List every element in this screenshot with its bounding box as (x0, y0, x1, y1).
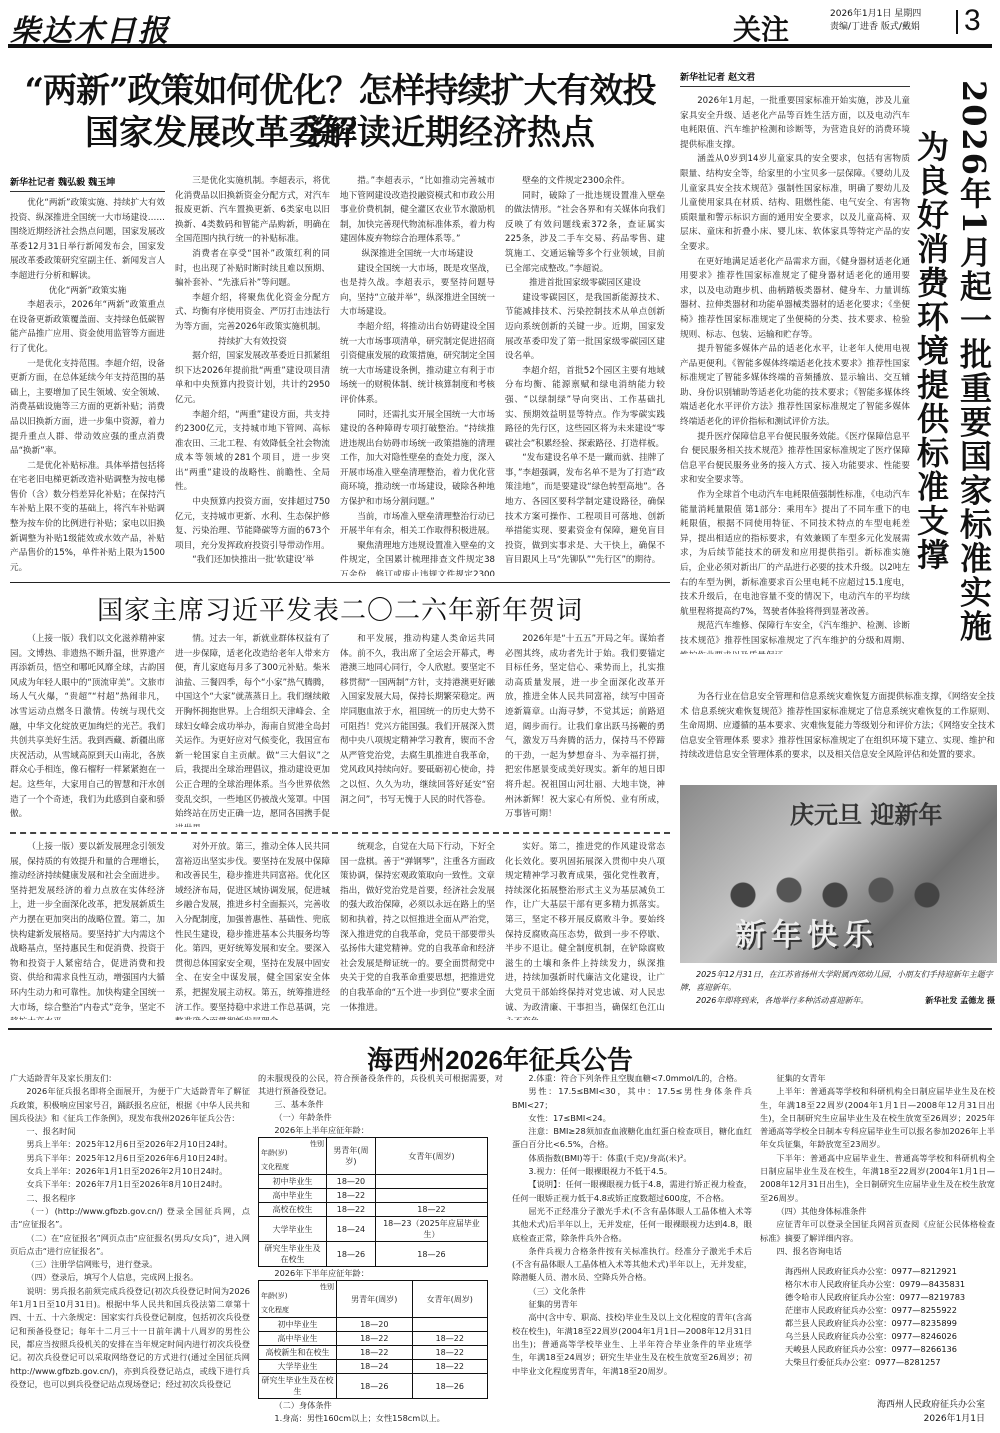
paragraph: 1.身高：男性160cm以上；女性158cm以上。 (258, 1412, 503, 1425)
paragraph: 注意：BMI≥28须加查血液糖化血红蛋白检查项目，糖化血红蛋白百分比<6.5%，… (512, 1125, 752, 1152)
paragraph: 女兵上半年：2026年1月1日至2026年2月10日24时。 (10, 1165, 250, 1178)
header-rule (8, 44, 992, 48)
dashed-divider (10, 832, 670, 834)
paragraph: 3.视力：任何一眼裸眼视力不低于4.5。 (512, 1165, 752, 1178)
paragraph: 据介绍，国家发展改革委近日抓紧组织下达2026年提前批“两重”建设项目清单和中央… (175, 349, 330, 407)
paragraph: 中央预算内投资方面，安排超过750亿元，支持城市更新、水利、生态保护修复、污染治… (175, 495, 330, 553)
paragraph: “我们还加快推出一批‘软建设’举 (175, 553, 330, 568)
contact-phone: 0977—8255922 (891, 1305, 957, 1315)
paragraph: 消费者在享受“国补”政策红利的同时，也出现了补贴时断时续且难以预期、骗补套补、“… (175, 247, 330, 291)
contact-org: 德令哈市人民政府征兵办公室 (785, 1292, 891, 1302)
issue-date: 2026年1月1日 星期四 (830, 8, 940, 21)
paragraph: 男性：17.5≤BMI<30，其中：17.5≤男性身体条件兵BMI<27； (512, 1085, 752, 1112)
table-row: 研究生毕业生及在校生18—2618—26 (259, 1374, 488, 1399)
cell: 大学毕业生 (259, 1217, 327, 1242)
paragraph: 女兵下半年：2026年7月1日至2026年8月10日24时。 (10, 1178, 250, 1191)
subheading: 一、报名时间 (10, 1125, 250, 1138)
paragraph: （上接一版）我们以文化滋养精神家园。文博热、非遗热不断升温，世界遗产再添新员，悟… (10, 632, 165, 822)
contact-org: 都兰县人民政府征兵办公室 (785, 1318, 883, 1328)
table-row: 初中毕业生18—20 (259, 1318, 488, 1332)
contact-org: 大柴旦行委征兵办公室 (785, 1357, 867, 1367)
column-header: 女青年(周岁) (412, 1281, 488, 1318)
contact-item: 德令哈市人民政府征兵办公室：0977—8219783 (785, 1291, 995, 1304)
cell: 初中毕业生 (259, 1318, 337, 1332)
article1-byline-wrap: 新华社记者 魏弘毅 魏玉坤 (10, 175, 165, 192)
cell (375, 1175, 487, 1189)
editors: 责编/丁进香 版式/戴娟 (830, 21, 940, 34)
subheading: （四）其他身体标准条件 (760, 1205, 995, 1218)
paragraph: （上接一版）要以新发展理念引领发展，保持质的有效提升和量的合理增长，推动经济持续… (10, 840, 165, 1020)
subheading: 征集的男青年 (512, 1298, 752, 1311)
subheading: 持续扩大有效投资 (175, 335, 330, 350)
paragraph: 措。”李超表示，“比如推动完善城市地下管网建设改造投融资模式和市政公用事业价费机… (340, 174, 495, 247)
contact-phone: 0977—8281257 (875, 1357, 941, 1367)
corner-label: 性别 (320, 1282, 334, 1293)
article2-subheadline: 为良好消费环境提供标准支撑 (912, 130, 950, 650)
caption-line: 2025年12月31日，在江苏省扬州大学附属西郊幼儿园，小朋友们手持迎新年主题字… (680, 968, 995, 994)
table-row: 初中毕业生18—20 (259, 1175, 488, 1189)
paragraph: 当前，市场准入壁垒清理整治行动已开展半年有余，相关工作取得积极进展。 (340, 510, 495, 539)
paragraph: 【说明】：任何一眼裸眼视力低于4.8，需进行矫正视力检查，任何一眼矫正视力低于4… (512, 1178, 752, 1205)
paragraph: 为各行业在信息安全管理和信息系统灾难恢复方面提供标准支撑，《网络安全技术 信息系… (680, 690, 995, 763)
paragraph: 壁垒的文件规定2300余件。 (505, 174, 665, 189)
paragraph: 女性：17≤BMI<24。 (512, 1112, 752, 1125)
cell: 18—22 (337, 1332, 413, 1346)
paragraph: 屈光不正经准分子激光手术(不含有晶体眼人工晶体植入术等其他术式)后半年以上，无并… (512, 1205, 752, 1245)
subheading: （一）年龄条件 (258, 1111, 503, 1124)
corner-label: 年龄(岁) (261, 1148, 287, 1159)
article1-col3: 措。”李超表示，“比如推动完善城市地下管网建设改造投融资模式和市政公用事业价费机… (340, 174, 495, 576)
paragraph: 聚焦清理地方违规设置准入壁垒的文件规定，全国累计梳理排查文件规定38万余份，修订… (340, 539, 495, 576)
column-header: 女青年(周岁) (375, 1138, 487, 1175)
cell: 高校新生和在校生 (259, 1346, 337, 1360)
contact-item: 都兰县人民政府征兵办公室：0977—8235899 (785, 1317, 995, 1330)
paragraph: （二）在“应征报名”网页点击“应征报名(男兵/女兵)”，进入网页后点击“进行应征… (10, 1232, 250, 1259)
article3-upper-col2: 情。过去一年，新就业群体权益有了进一步保障，适老化改造给老年人带来方便，育儿家庭… (175, 632, 330, 827)
paragraph: 提升智能多媒体产品的适老化水平，让老年人使用电视产品更便利。《智能多媒体终端适老… (680, 342, 910, 430)
table-row: 大学毕业生18—2418—23（2025年应届毕业生） (259, 1217, 488, 1242)
contact-phone: 0977—8266136 (891, 1344, 957, 1354)
paragraph: 2026年征兵报名即将全面展开，为便于广大适龄青年了解征兵政策，积极响应国家号召… (10, 1085, 250, 1125)
subheading: 三、基本条件 (258, 1098, 503, 1111)
subheading: 征集的女青年 (760, 1072, 995, 1085)
cell: 18—22 (327, 1203, 376, 1217)
table-title: 2026年下半年应征年龄： (258, 1267, 503, 1280)
paragraph: 的未服现役的公民，符合预备役条件的，兵役机关可根据需要，对其进行预备役登记。 (258, 1072, 503, 1098)
article4-col3: 2.体重：符合下列条件且空腹血糖<7.0mmol/L的，合格。 男性：17.5≤… (512, 1072, 752, 1427)
photo-caption: 2025年12月31日，在江苏省扬州大学附属西郊幼儿园，小朋友们手持迎新年主题字… (680, 968, 995, 1007)
paragraph: 说明：男兵报名前须完成兵役登记(初次兵役登记时间为2026年1月1日至10月31… (10, 1285, 250, 1391)
contact-item: 茫崖市人民政府征兵办公室：0977—8255922 (785, 1304, 995, 1317)
cell: 18—26 (327, 1242, 376, 1267)
cell: 18—22 (337, 1346, 413, 1360)
paragraph: 2026年是“十五五”开局之年。谋始者必图其终，成功者先计于始。我们要锚定目标任… (505, 632, 665, 822)
notice-signoff: 海西州人民政府征兵办公室 2026年1月1日 (820, 1398, 985, 1426)
contact-item: 大柴旦行委征兵办公室：0977—8281257 (785, 1356, 995, 1369)
paragraph: 对外开放。第三，推动全体人民共同富裕迈出坚实步伐。要坚持在发展中保障和改善民生，… (175, 840, 330, 1020)
cell: 18—23（2025年应届毕业生） (375, 1217, 487, 1242)
corner-label: 文化程度 (261, 1162, 289, 1173)
paragraph: （一）(http://www.gfbzb.gov.cn/) 登录全国征兵网，点击… (10, 1205, 250, 1232)
article1-col1: 优化“两新”政策实施、持续扩大有效投资、纵深推进全国统一大市场建设……围绕近期经… (10, 196, 165, 576)
paragraph: 规范汽车维修、保障行车安全，《汽车维护、检测、诊断技术规范》推荐性国家标准规定了… (680, 619, 910, 654)
paragraph: 三是优化实施机制。李超表示，将优化消费品以旧换新资金分配方式，对汽车报废更新、汽… (175, 174, 330, 247)
photo-credit: 新华社发 孟德龙 摄 (925, 994, 995, 1007)
paragraph: 同时，破除了一批违规设置准入壁垒的做法情形。“社会各界和有关媒体向我们反映了有效… (505, 189, 665, 277)
paragraph: 李超表示，2026年“两新”政策重点在设备更新政策覆盖面、支持绿色低碳智能产品推… (10, 298, 165, 356)
article4-col2: 的未服现役的公民，符合预备役条件的，兵役机关可根据需要，对其进行预备役登记。 三… (258, 1072, 503, 1432)
cell: 18—26 (375, 1242, 487, 1267)
article3-lower-col2: 对外开放。第三，推动全体人民共同富裕迈出坚实步伐。要坚持在发展中保障和改善民生，… (175, 840, 330, 1020)
paragraph: 应征青年可以登录全国征兵网首页查阅《应征公民体格检查标准》摘要了解详细内容。 (760, 1218, 995, 1245)
contact-phone: 0977—8235899 (891, 1318, 957, 1328)
paragraph: 和平发展，推动构建人类命运共同体。前不久，我出席了全运会开幕式，粤港澳三地同心同… (340, 632, 495, 807)
contact-item: 乌兰县人民政府征兵办公室：0977—8246026 (785, 1330, 995, 1343)
paragraph: 统观念，自觉在大局下行动，下好全国一盘棋。善于“弹钢琴”，注重各方面政策协调，保… (340, 840, 495, 1015)
cell: 18—24 (327, 1217, 376, 1242)
article3-lower-col3: 统观念，自觉在大局下行动，下好全国一盘棋。善于“弹钢琴”，注重各方面政策协调，保… (340, 840, 495, 1020)
cell: 18—20 (327, 1175, 376, 1189)
column-header: 男青年(周岁) (337, 1281, 413, 1318)
article3-lower-col4: 实好。第二，推进党的作风建设常态化长效化。要巩固拓展深入贯彻中央八项规定精神学习… (505, 840, 665, 1020)
contact-item: 天峻县人民政府征兵办公室：0977—8266136 (785, 1343, 995, 1356)
cell: 18—26 (337, 1374, 413, 1399)
subheading: （三）文化条件 (512, 1285, 752, 1298)
section-divider (8, 1028, 992, 1030)
table-corner: 性别 年龄(岁) 文化程度 (259, 1281, 336, 1317)
salutation: 广大适龄青年及家长朋友们： (10, 1072, 250, 1085)
paragraph: 涵盖从0岁到14岁儿童家具的安全要求，包括有害物质限量、结构安全等，给家里的小宝… (680, 152, 910, 254)
issue-meta: 2026年1月1日 星期四 责编/丁进香 版式/戴娟 (830, 8, 940, 34)
table-corner: 性别 年龄(岁) 文化程度 (259, 1138, 326, 1174)
cell: 18—22 (412, 1360, 488, 1374)
contact-phone: 0979—8435831 (900, 1279, 966, 1289)
paragraph: 一是优化支持范围。李超介绍，设备更新方面，在总体延续今年支持范围的基础上，主要增… (10, 357, 165, 459)
paragraph: 李超介绍，“两重”建设方面，共支持约2300亿元，支持城市地下管网、高标准农田、… (175, 408, 330, 496)
article1-col4: 壁垒的文件规定2300余件。 同时，破除了一批违规设置准入壁垒的做法情形。“社会… (505, 174, 665, 576)
paragraph: （四）登录后，填写个人信息，完成网上报名。 (10, 1271, 250, 1284)
article1-subheadline: 国家发展改革委解读近期经济热点 (10, 112, 670, 154)
subheading: （二）身体条件 (258, 1399, 503, 1412)
cell: 高中毕业生 (259, 1189, 327, 1203)
table-row: 高校在校生18—2218—22 (259, 1203, 488, 1217)
paragraph: 男兵上半年：2025年12月6日至2026年2月10日24时。 (10, 1138, 250, 1151)
article1-col2: 三是优化实施机制。李超表示，将优化消费品以旧换新资金分配方式，对汽车报废更新、汽… (175, 174, 330, 576)
cell: 初中毕业生 (259, 1175, 327, 1189)
caption-line: 2026年即将到来，各地举行多种活动喜迎新年。 (680, 994, 868, 1007)
cell: 18—24 (337, 1360, 413, 1374)
cell: 研究生毕业生及在校生 (259, 1242, 327, 1267)
section-title: 关注 (733, 8, 789, 48)
paragraph: （三）注册学信网账号，进行登录。 (10, 1258, 250, 1271)
cell: 18—22 (327, 1189, 376, 1203)
contact-org: 格尔木市人民政府征兵办公室 (785, 1279, 891, 1289)
signature: 海西州人民政府征兵办公室 (820, 1398, 985, 1412)
subheading: 四、报名咨询电话 (760, 1245, 995, 1258)
subheading: 二、报名程序 (10, 1192, 250, 1205)
cell: 18—26 (412, 1374, 488, 1399)
article2-body-bottom: 为各行业在信息安全管理和信息系统灾难恢复方面提供标准支撑，《网络安全技术 信息系… (680, 690, 995, 780)
paragraph: 李超介绍，将推动出台妨碍建设全国统一大市场事项清单，研究制定促进招商引资健康发展… (340, 320, 495, 408)
article2-headline: 2026年1月起一批重要国家标准实施 (955, 80, 993, 680)
table-title: 2026年上半年应征年龄： (258, 1124, 503, 1137)
paragraph: 2.体重：符合下列条件且空腹血糖<7.0mmol/L的，合格。 (512, 1072, 752, 1085)
contact-org: 海西州人民政府征兵办公室 (785, 1266, 883, 1276)
table-row: 研究生毕业生及在校生18—2618—26 (259, 1242, 488, 1267)
news-photo: 庆元旦 迎新年 新年快乐 (680, 785, 997, 963)
article4-col1: 广大适龄青年及家长朋友们： 2026年征兵报名即将全面展开，为便于广大适龄青年了… (10, 1072, 250, 1427)
table-row: 大学毕业生18—2418—22 (259, 1360, 488, 1374)
corner-label: 文化程度 (261, 1305, 289, 1316)
cell: 大学毕业生 (259, 1360, 337, 1374)
contact-item: 海西州人民政府征兵办公室：0977—8212921 (785, 1265, 995, 1278)
photo-banner-text: 新年快乐 (735, 910, 879, 954)
cell: 18—22 (412, 1346, 488, 1360)
article3-headline: 国家主席习近平发表二〇二六年新年贺词 (10, 590, 670, 627)
age-table-first-half: 性别 年龄(岁) 文化程度 男青年(周岁) 女青年(周岁) 初中毕业生18—20… (258, 1137, 488, 1267)
article3-upper-col3: 和平发展，推动构建人类命运共同体。前不久，我出席了全运会开幕式，粤港澳三地同心同… (340, 632, 495, 827)
contact-item: 格尔木市人民政府征兵办公室：0979—8435831 (785, 1278, 995, 1291)
photo-sign-text: 庆元旦 迎新年 (790, 795, 942, 830)
paragraph: 条件兵视力合格条件按有关标准执行。经准分子激光手术后(不含有晶体眼人工晶体植入术… (512, 1245, 752, 1285)
corner-label: 年龄(岁) (261, 1291, 287, 1302)
contact-org: 天峻县人民政府征兵办公室 (785, 1344, 883, 1354)
paragraph: 李超介绍，首批52个园区主要有地域分布均衡、能源禀赋和绿电消纳能力较强、“以绿制… (505, 364, 665, 452)
paragraph: 同时，还需扎实开展全国统一大市场建设的各种障碍专项打破整治。“持续推进违规出台妨… (340, 408, 495, 510)
paragraph: 男兵下半年：2025年12月6日至2026年6月10日24时。 (10, 1152, 250, 1165)
contact-phone: 0977—8219783 (900, 1292, 966, 1302)
cell: 18—20 (337, 1318, 413, 1332)
paragraph: 提升医疗保障信息平台便民服务效能。《医疗保障信息平台 便民服务相关技术规范》推荐… (680, 430, 910, 488)
paragraph: 李超介绍，将聚焦优化资金分配方式、均衡有序使用资金、严厉打击违法行为等方面，完善… (175, 291, 330, 335)
article3-upper-col1: （上接一版）我们以文化滋养精神家园。文博热、非遗热不断升温，世界遗产再添新员，悟… (10, 632, 165, 827)
page-number-divider (956, 10, 958, 34)
paragraph: 优化“两新”政策实施、持续扩大有效投资、纵深推进全国统一大市场建设……围绕近期经… (10, 196, 165, 284)
contact-org: 乌兰县人民政府征兵办公室 (785, 1331, 883, 1341)
paragraph: 体质指数(BMI)等于：体重(千克)/身高(米)²。 (512, 1152, 752, 1165)
paragraph: 高中(含中专、职高、技校)毕业生及以上文化程度的青年(含高校在校生)，年满18至… (512, 1311, 752, 1377)
contact-phone: 0977—8246026 (891, 1331, 957, 1341)
paragraph: 上半年：普通高等学校和科研机构全日制应届毕业生及在校生，年满18至22周岁(20… (760, 1085, 995, 1151)
article2-body-top: 2026年1月起，一批重要国家标准开始实施，涉及儿童家具安全升级、适老化产品等百… (680, 94, 910, 654)
sign-date: 2026年1月1日 (820, 1412, 985, 1426)
cell: 研究生毕业生及在校生 (259, 1374, 337, 1399)
contact-org: 茫崖市人民政府征兵办公室 (785, 1305, 883, 1315)
cell (375, 1189, 487, 1203)
article4-col4: 征集的女青年 上半年：普通高等学校和科研机构全日制应届毕业生及在校生，年满18至… (760, 1072, 995, 1262)
article3-upper-col4: 2026年是“十五五”开局之年。谋始者必图其终，成功者先计于始。我们要锚定目标任… (505, 632, 665, 827)
article3-lower-col1: （上接一版）要以新发展理念引领发展，保持质的有效提升和量的合理增长，推动经济持续… (10, 840, 165, 1020)
page-number: 3 (964, 4, 981, 38)
cell: 高校在校生 (259, 1203, 327, 1217)
cell: 18—22 (412, 1332, 488, 1346)
contact-phone: 0977—8212921 (891, 1266, 957, 1276)
cell: 高中毕业生 (259, 1332, 337, 1346)
paragraph: 建设零碳园区，是我国新能源技术、节能减排技术、污染控制技术从单点创新迈向系统创新… (505, 291, 665, 364)
cell: 18—22 (375, 1203, 487, 1217)
paragraph: 实好。第二，推进党的作风建设常态化长效化。要巩固拓展深入贯彻中央八项规定精神学习… (505, 840, 665, 1020)
paragraph: “发布建设名单不是一蹴而就、挂牌了事，”李超强调，发布名单不是为了打造“政策洼地… (505, 451, 665, 568)
age-table-second-half: 性别 年龄(岁) 文化程度 男青年(周岁) 女青年(周岁) 初中毕业生18—20… (258, 1280, 488, 1399)
subheading: 优化“两新”政策实施 (10, 284, 165, 299)
paragraph: 作为全球首个电动汽车电耗限值强制性标准，《电动汽车能量消耗量限值 第1部分：乘用… (680, 488, 910, 619)
paragraph: 下半年：普通高中应届毕业生、普通高等学校和科研机构全日制应届毕业生及在校生，年满… (760, 1152, 995, 1205)
table-row: 高中毕业生18—22 (259, 1189, 488, 1203)
column-header: 男青年(周岁) (327, 1138, 376, 1175)
table-row: 高中毕业生18—2218—22 (259, 1332, 488, 1346)
table-row: 高校新生和在校生18—2218—22 (259, 1346, 488, 1360)
paragraph: 二是优化补贴标准。具体举措包括将在宅老旧电梯更新改造补贴调整为按电梯售价（含）数… (10, 459, 165, 576)
divider (10, 582, 670, 583)
contact-list: 海西州人民政府征兵办公室：0977—8212921 格尔木市人民政府征兵办公室：… (785, 1265, 995, 1369)
article2-byline: 新华社记者 赵文君 (680, 70, 910, 87)
corner-label: 性别 (310, 1139, 324, 1150)
paragraph: 建设全国统一大市场，既是攻坚战，也是持久战。李超表示，要坚持问题导向，坚持“立破… (340, 262, 495, 320)
cell (412, 1318, 488, 1332)
paragraph: 情。过去一年，新就业群体权益有了进一步保障，适老化改造给老年人带来方便，育儿家庭… (175, 632, 330, 827)
paragraph: 2026年1月起，一批重要国家标准开始实施，涉及儿童家具安全升级、适老化产品等百… (680, 94, 910, 152)
article1-byline: 新华社记者 魏弘毅 魏玉坤 (10, 175, 165, 192)
subheading: 纵深推进全国统一大市场建设 (340, 247, 495, 262)
article2-byline-wrap: 新华社记者 赵文君 (680, 70, 910, 87)
subheading: 推进首批国家级零碳园区建设 (505, 276, 665, 291)
paragraph: 在更好地满足适老化产品需求方面，《健身器材适老化通用要求》推荐性国家标准规定了健… (680, 255, 910, 343)
